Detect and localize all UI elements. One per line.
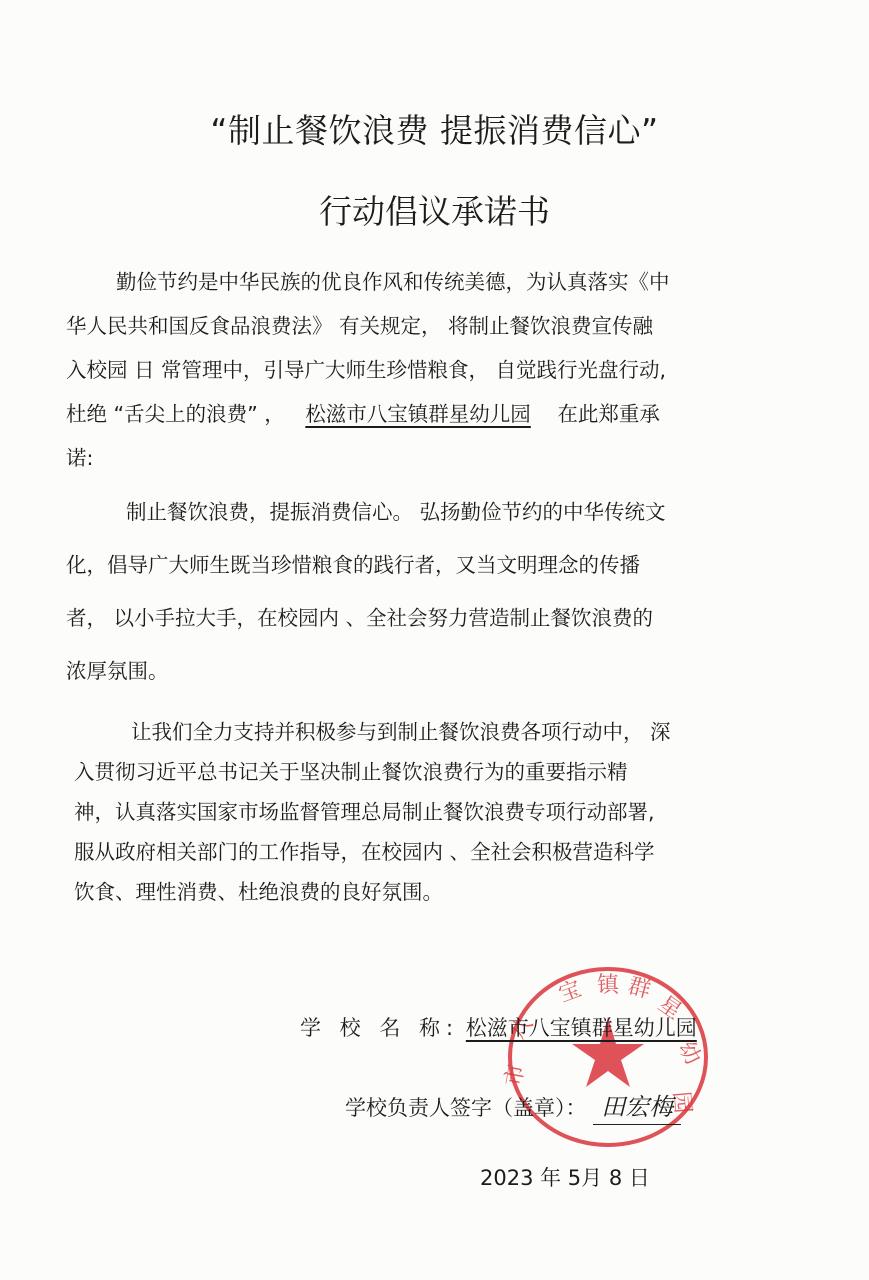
- document-date: 2023 年 5月 8 日: [480, 1162, 650, 1192]
- school-name-underlined: 松滋市八宝镇群星幼儿园: [291, 402, 545, 426]
- svg-text:市: 市: [502, 1062, 530, 1088]
- school-name-label: 学 校 名 称:: [300, 1016, 459, 1040]
- school-name-value: 松滋市八宝镇群星幼儿园: [466, 1016, 697, 1040]
- principal-signature-label: 学校负责人签字（盖章）：: [345, 1096, 587, 1120]
- svg-text:镇: 镇: [597, 973, 621, 998]
- document-title-line2: 行动倡议承诺书: [0, 186, 869, 233]
- document-title-line1: “制止餐饮浪费 提振消费信心”: [0, 105, 869, 152]
- para1-line4-prefix: 杜绝 “舌尖上的浪费” ，: [66, 402, 285, 426]
- para1-line4-suffix: 在此郑重承: [557, 402, 660, 426]
- principal-signature: 田宏梅: [593, 1087, 681, 1125]
- svg-text:群: 群: [625, 974, 653, 1004]
- school-name-row: 学 校 名 称: 松滋市八宝镇群星幼儿园: [300, 1012, 697, 1042]
- principal-row: 学校负责人签字（盖章）： 田宏梅: [345, 1087, 681, 1125]
- svg-text:幼: 幼: [673, 1038, 706, 1070]
